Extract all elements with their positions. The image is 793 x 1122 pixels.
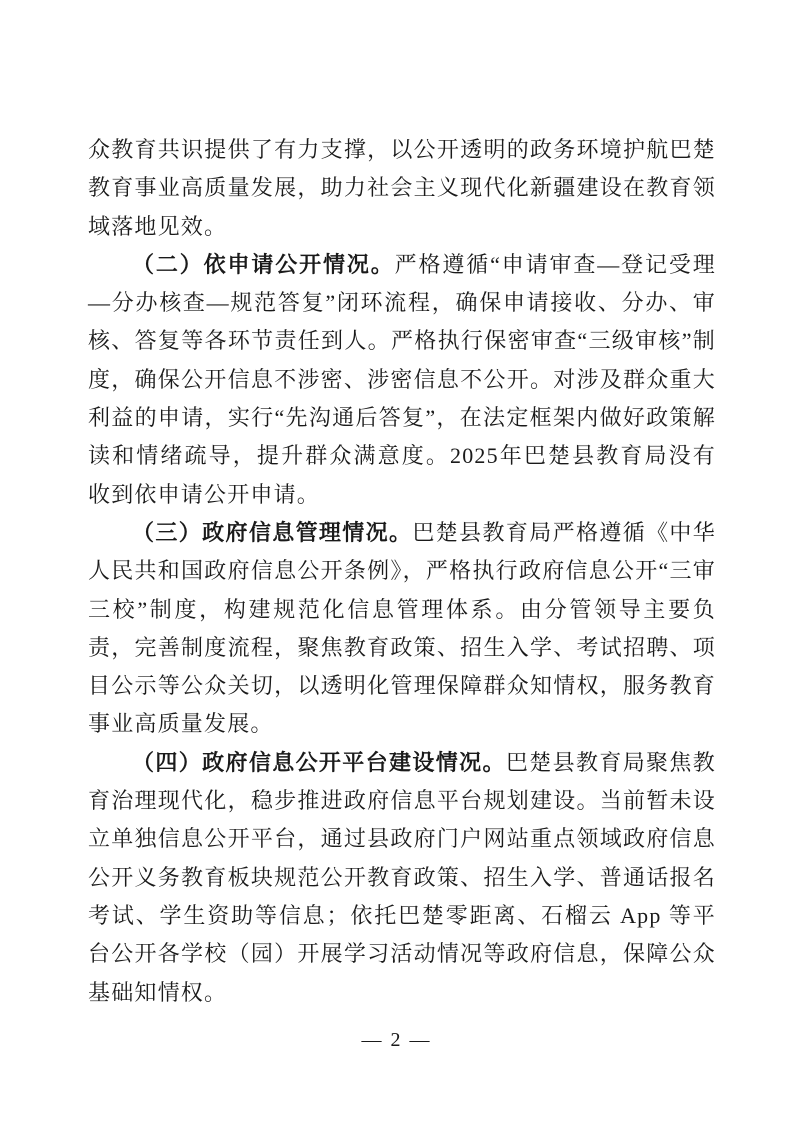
document-body: 众教育共识提供了有力支撑，以公开透明的政务环境护航巴楚教育事业高质量发展，助力社…: [88, 131, 716, 1012]
paragraph-section-2: （二）依申请公开情况。严格遵循“申请审查—登记受理—分办核查—规范答复”闭环流程…: [88, 246, 716, 514]
paragraph-text: 巴楚县教育局严格遵循《中华人民共和国政府信息公开条例》，严格执行政府信息公开“三…: [88, 520, 716, 736]
paragraph-text: 巴楚县教育局聚焦教育治理现代化，稳步推进政府信息平台规划建设。当前暂未设立单独信…: [88, 750, 716, 1005]
paragraph-text: 严格遵循“申请审查—登记受理—分办核查—规范答复”闭环流程，确保申请接收、分办、…: [88, 252, 716, 507]
paragraph-text: 众教育共识提供了有力支撑，以公开透明的政务环境护航巴楚教育事业高质量发展，助力社…: [88, 137, 716, 239]
section-heading: （三）政府信息管理情况。: [132, 520, 412, 545]
paragraph-intro-continuation: 众教育共识提供了有力支撑，以公开透明的政务环境护航巴楚教育事业高质量发展，助力社…: [88, 131, 716, 246]
document-page: 众教育共识提供了有力支撑，以公开透明的政务环境护航巴楚教育事业高质量发展，助力社…: [0, 0, 793, 1122]
paragraph-section-4: （四）政府信息公开平台建设情况。巴楚县教育局聚焦教育治理现代化，稳步推进政府信息…: [88, 744, 716, 1012]
page-number: — 2 —: [0, 1026, 793, 1054]
section-heading: （二）依申请公开情况。: [132, 252, 395, 277]
paragraph-section-3: （三）政府信息管理情况。巴楚县教育局严格遵循《中华人民共和国政府信息公开条例》，…: [88, 514, 716, 744]
section-heading: （四）政府信息公开平台建设情况。: [132, 750, 506, 775]
